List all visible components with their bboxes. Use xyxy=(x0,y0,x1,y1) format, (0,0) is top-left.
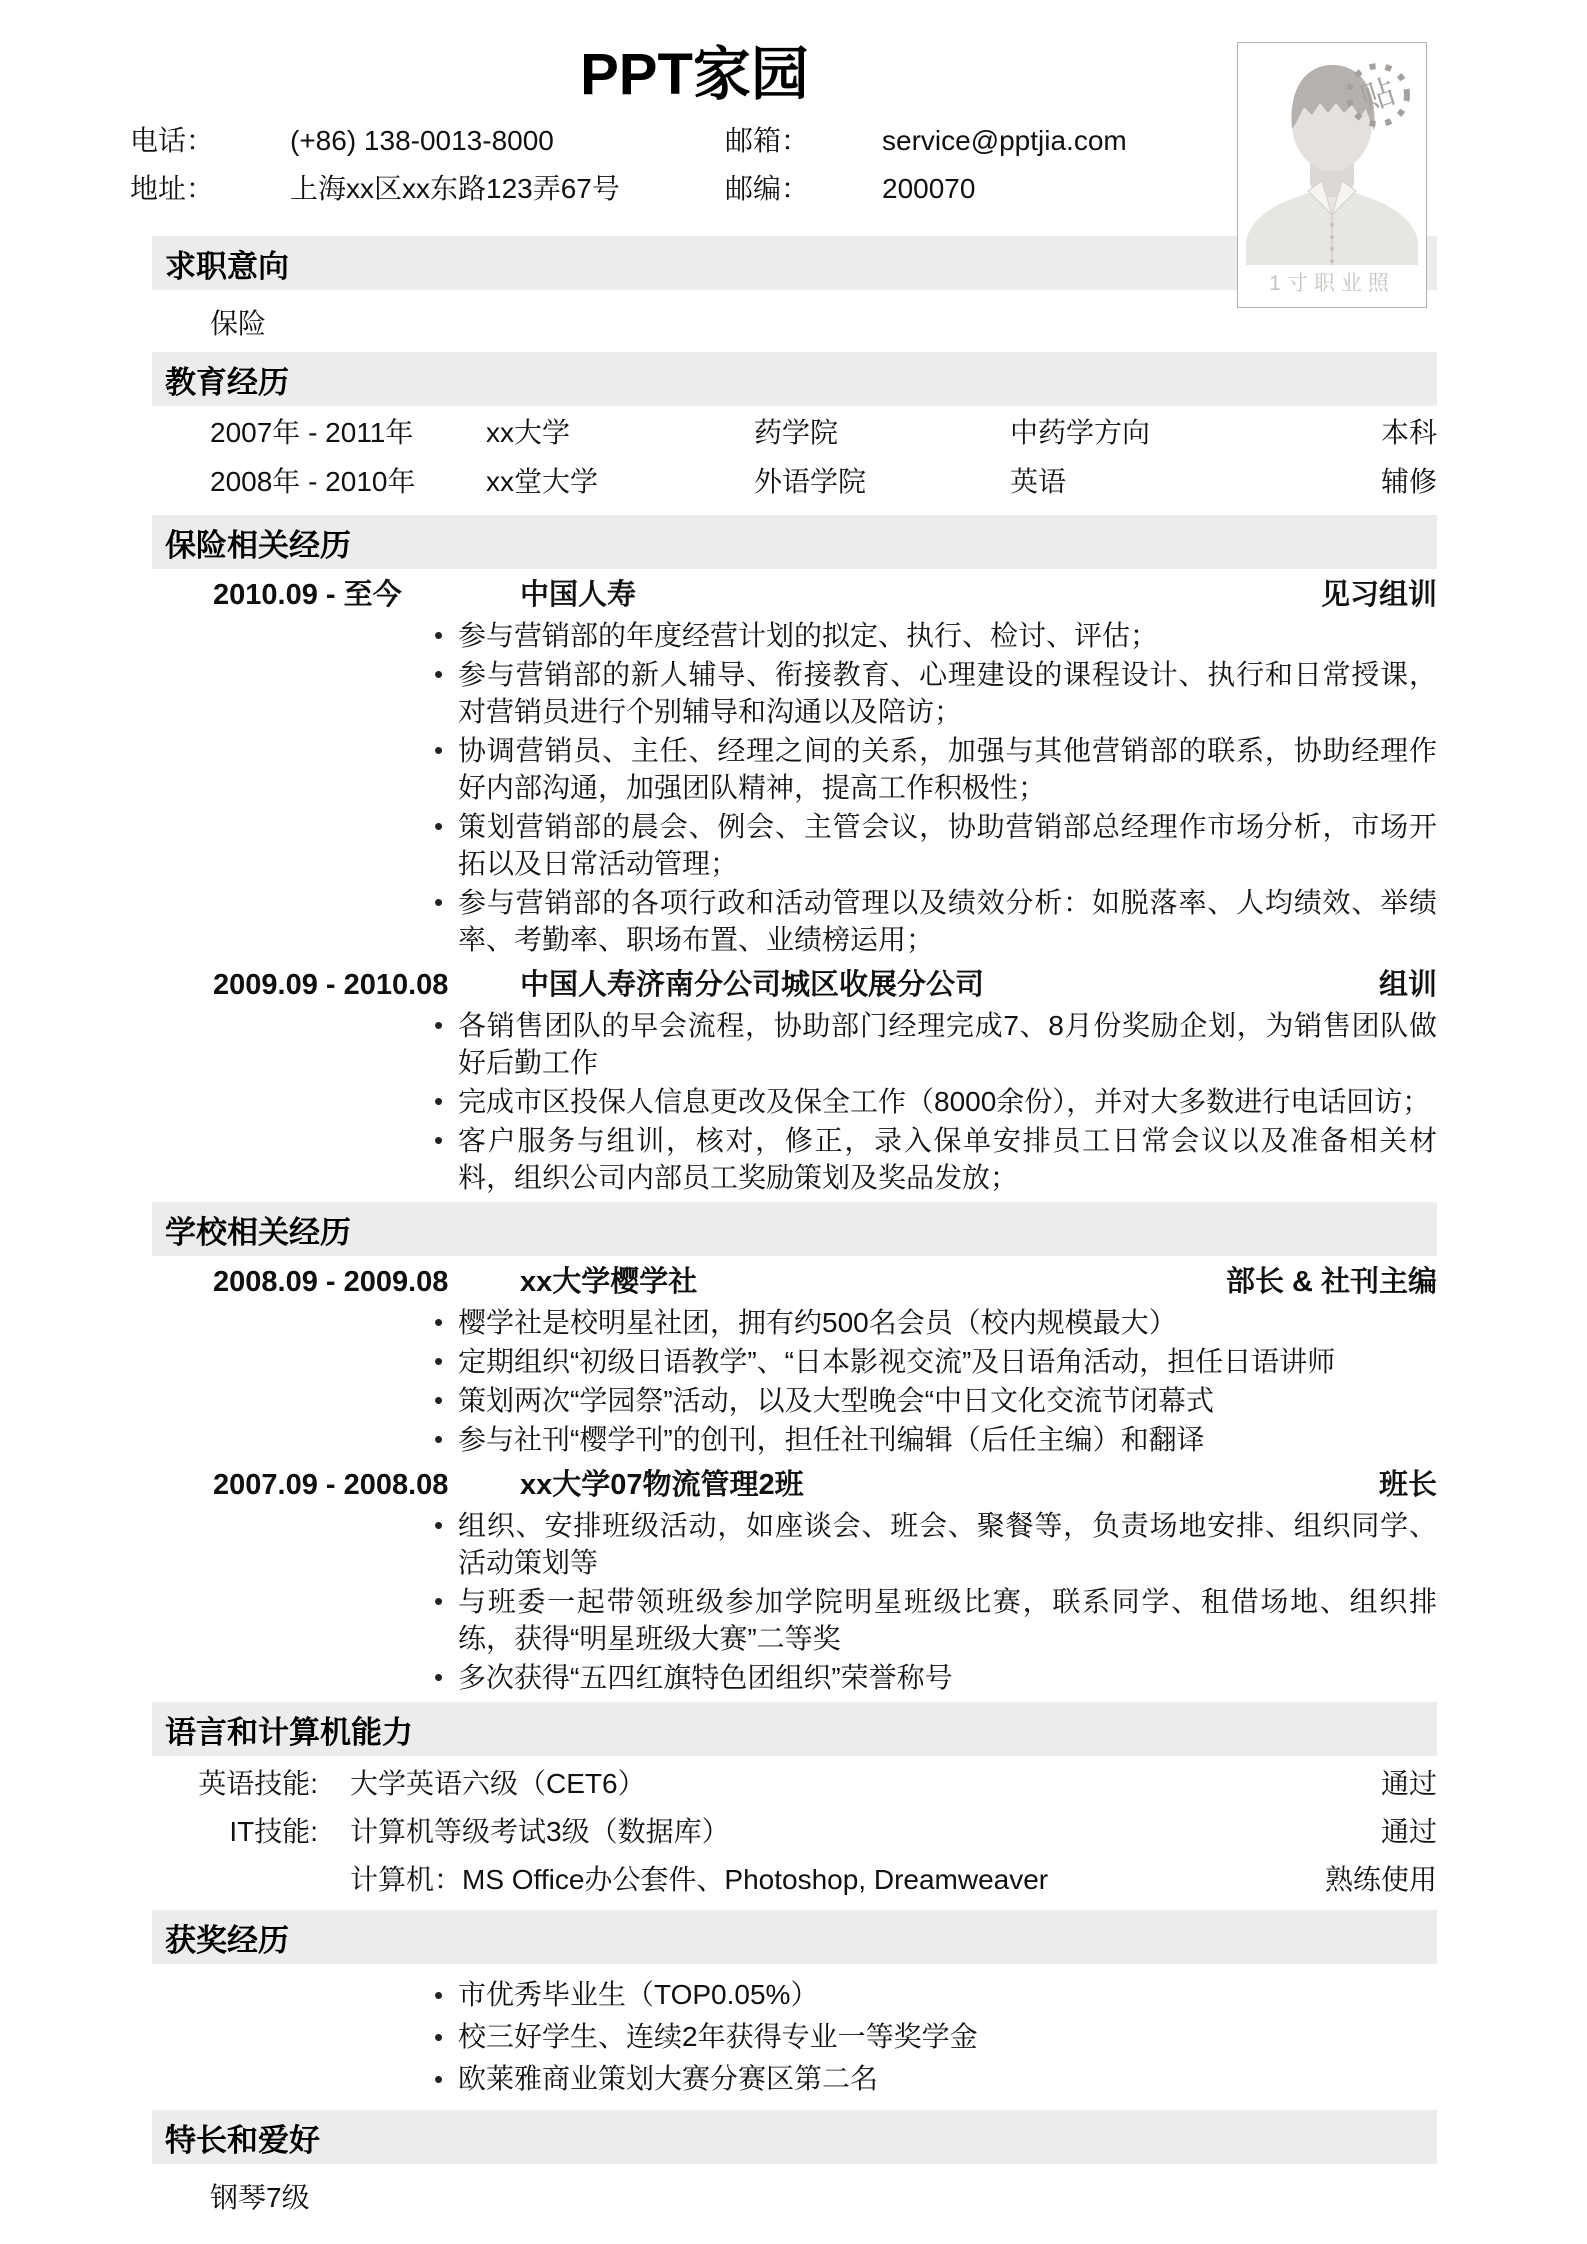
award-item: 欧莱雅商业策划大赛分赛区第二名 xyxy=(152,2060,1437,2098)
entry-organization: xx大学07物流管理2班 xyxy=(520,1468,1379,1502)
edu-degree: 本科 xyxy=(1381,416,1437,450)
skill-label: 英语技能: xyxy=(152,1768,318,1800)
bullet-item: 各销售团队的早会流程，协助部门经理完成7、8月份奖励企划，为销售团队做好后勤工作 xyxy=(152,1007,1437,1081)
skill-row: IT技能: 计算机等级考试3级（数据库） 通过 xyxy=(152,1816,1437,1848)
entry-period: 2010.09 - 至今 xyxy=(213,578,520,612)
entry-bullet-list: 参与营销部的年度经营计划的拟定、执行、检讨、评估； 参与营销部的新人辅导、衔接教… xyxy=(152,617,1437,958)
phone-label: 电话： xyxy=(130,124,290,158)
edu-period: 2007年 - 2011年 xyxy=(210,416,486,450)
bullet-item: 参与营销部的各项行政和活动管理以及绩效分析：如脱落率、人均绩效、举绩率、考勤率、… xyxy=(152,884,1437,958)
skill-row: 英语技能: 大学英语六级（CET6） 通过 xyxy=(152,1768,1437,1800)
experience-entry-header: 2008.09 - 2009.08 xx大学樱学社 部长 & 社刊主编 xyxy=(152,1265,1437,1299)
bullet-item: 与班委一起带领班级参加学院明星班级比赛，联系同学、租借场地、组织排练，获得“明星… xyxy=(152,1583,1437,1657)
experience-entry-header: 2007.09 - 2008.08 xx大学07物流管理2班 班长 xyxy=(152,1468,1437,1502)
section-heading-education: 教育经历 xyxy=(152,352,1437,406)
profile-photo-placeholder: 贴 1寸职业照 xyxy=(1237,42,1427,308)
section-heading-skills: 语言和计算机能力 xyxy=(152,1702,1437,1756)
bullet-item: 参与营销部的年度经营计划的拟定、执行、检讨、评估； xyxy=(152,617,1437,654)
entry-bullet-list: 各销售团队的早会流程，协助部门经理完成7、8月份奖励企划，为销售团队做好后勤工作… xyxy=(152,1007,1437,1196)
skill-status: 通过 xyxy=(1381,1768,1437,1800)
bullet-item: 定期组织“初级日语教学”、“日本影视交流”及日语角活动，担任日语讲师 xyxy=(152,1343,1437,1380)
skill-status: 通过 xyxy=(1381,1816,1437,1848)
skill-value: 计算机：MS Office办公套件、Photoshop, Dreamweaver xyxy=(350,1864,1325,1896)
education-row: 2008年 - 2010年 xx堂大学 外语学院 英语 辅修 xyxy=(152,465,1437,499)
section-heading-insurance-experience: 保险相关经历 xyxy=(152,515,1437,569)
page-title: PPT家园 xyxy=(152,40,1237,110)
entry-period: 2007.09 - 2008.08 xyxy=(213,1468,520,1502)
bullet-item: 协调营销员、主任、经理之间的关系，加强与其他营销部的联系，协助经理作好内部沟通，… xyxy=(152,732,1437,806)
skill-label: IT技能: xyxy=(152,1816,318,1848)
bullet-item: 策划营销部的晨会、例会、主管会议，协助营销部总经理作市场分析，市场开拓以及日常活… xyxy=(152,808,1437,882)
entry-bullet-list: 樱学社是校明星社团，拥有约500名会员（校内规模最大） 定期组织“初级日语教学”… xyxy=(152,1304,1437,1458)
skill-value: 计算机等级考试3级（数据库） xyxy=(350,1816,1381,1848)
experience-entry-header: 2010.09 - 至今 中国人寿 见习组训 xyxy=(152,578,1437,612)
zip-label: 邮编： xyxy=(725,172,882,206)
entry-period: 2008.09 - 2009.08 xyxy=(213,1265,520,1299)
address-label: 地址： xyxy=(130,172,290,206)
bullet-item: 参与营销部的新人辅导、衔接教育、心理建设的课程设计、执行和日常授课，对营销员进行… xyxy=(152,656,1437,730)
skill-row: 计算机：MS Office办公套件、Photoshop, Dreamweaver… xyxy=(152,1864,1437,1896)
entry-organization: xx大学樱学社 xyxy=(520,1265,1226,1299)
entry-role: 班长 xyxy=(1379,1468,1437,1502)
entry-organization: 中国人寿 xyxy=(520,578,1321,612)
resume-page: 贴 1寸职业照 PPT家园 电话： (+86) 138-0013-8000 邮箱… xyxy=(0,0,1587,2244)
experience-entry-header: 2009.09 - 2010.08 中国人寿济南分公司城区收展分公司 组训 xyxy=(152,968,1437,1002)
entry-role: 部长 & 社刊主编 xyxy=(1226,1265,1437,1299)
edu-period: 2008年 - 2010年 xyxy=(210,465,486,499)
email-label: 邮箱： xyxy=(725,124,882,158)
entry-organization: 中国人寿济南分公司城区收展分公司 xyxy=(520,968,1379,1002)
award-item: 市优秀毕业生（TOP0.05%） xyxy=(152,1976,1437,2014)
skill-status: 熟练使用 xyxy=(1325,1864,1437,1896)
education-row: 2007年 - 2011年 xx大学 药学院 中药学方向 本科 xyxy=(152,416,1437,450)
edu-degree: 辅修 xyxy=(1381,465,1437,499)
awards-list: 市优秀毕业生（TOP0.05%） 校三好学生、连续2年获得专业一等奖学金 欧莱雅… xyxy=(152,1976,1437,2098)
section-heading-school-experience: 学校相关经历 xyxy=(152,1202,1437,1256)
bullet-item: 客户服务与组训，核对，修正，录入保单安排员工日常会议以及准备相关材料，组织公司内… xyxy=(152,1122,1437,1196)
address-value: 上海xx区xx东路123弄67号 xyxy=(290,172,725,206)
edu-college: 药学院 xyxy=(754,416,1010,450)
edu-major: 中药学方向 xyxy=(1010,416,1381,450)
edu-school: xx大学 xyxy=(486,416,754,450)
objective-value: 保险 xyxy=(210,308,1437,340)
award-item: 校三好学生、连续2年获得专业一等奖学金 xyxy=(152,2018,1437,2056)
bullet-item: 组织、安排班级活动，如座谈会、班会、聚餐等，负责场地安排、组织同学、活动策划等 xyxy=(152,1507,1437,1581)
bullet-item: 策划两次“学园祭”活动，以及大型晚会“中日文化交流节闭幕式 xyxy=(152,1382,1437,1419)
person-silhouette-icon: 贴 xyxy=(1238,43,1426,265)
phone-value: (+86) 138-0013-8000 xyxy=(290,124,725,158)
entry-role: 见习组训 xyxy=(1321,578,1437,612)
bullet-item: 参与社刊“樱学刊”的创刊，担任社刊编辑（后任主编）和翻译 xyxy=(152,1421,1437,1458)
entry-bullet-list: 组织、安排班级活动，如座谈会、班会、聚餐等，负责场地安排、组织同学、活动策划等 … xyxy=(152,1507,1437,1696)
skill-value: 大学英语六级（CET6） xyxy=(350,1768,1381,1800)
edu-major: 英语 xyxy=(1010,465,1381,499)
entry-period: 2009.09 - 2010.08 xyxy=(213,968,520,1002)
bullet-item: 完成市区投保人信息更改及保全工作（8000余份），并对大多数进行电话回访； xyxy=(152,1083,1437,1120)
section-heading-awards: 获奖经历 xyxy=(152,1910,1437,1964)
bullet-item: 多次获得“五四红旗特色团组织”荣誉称号 xyxy=(152,1659,1437,1696)
section-heading-hobbies: 特长和爱好 xyxy=(152,2110,1437,2164)
edu-college: 外语学院 xyxy=(754,465,1010,499)
edu-school: xx堂大学 xyxy=(486,465,754,499)
skill-label xyxy=(152,1864,318,1896)
entry-role: 组训 xyxy=(1379,968,1437,1002)
hobbies-value: 钢琴7级 xyxy=(210,2182,1437,2214)
bullet-item: 樱学社是校明星社团，拥有约500名会员（校内规模最大） xyxy=(152,1304,1437,1341)
photo-caption: 1寸职业照 xyxy=(1238,267,1426,297)
